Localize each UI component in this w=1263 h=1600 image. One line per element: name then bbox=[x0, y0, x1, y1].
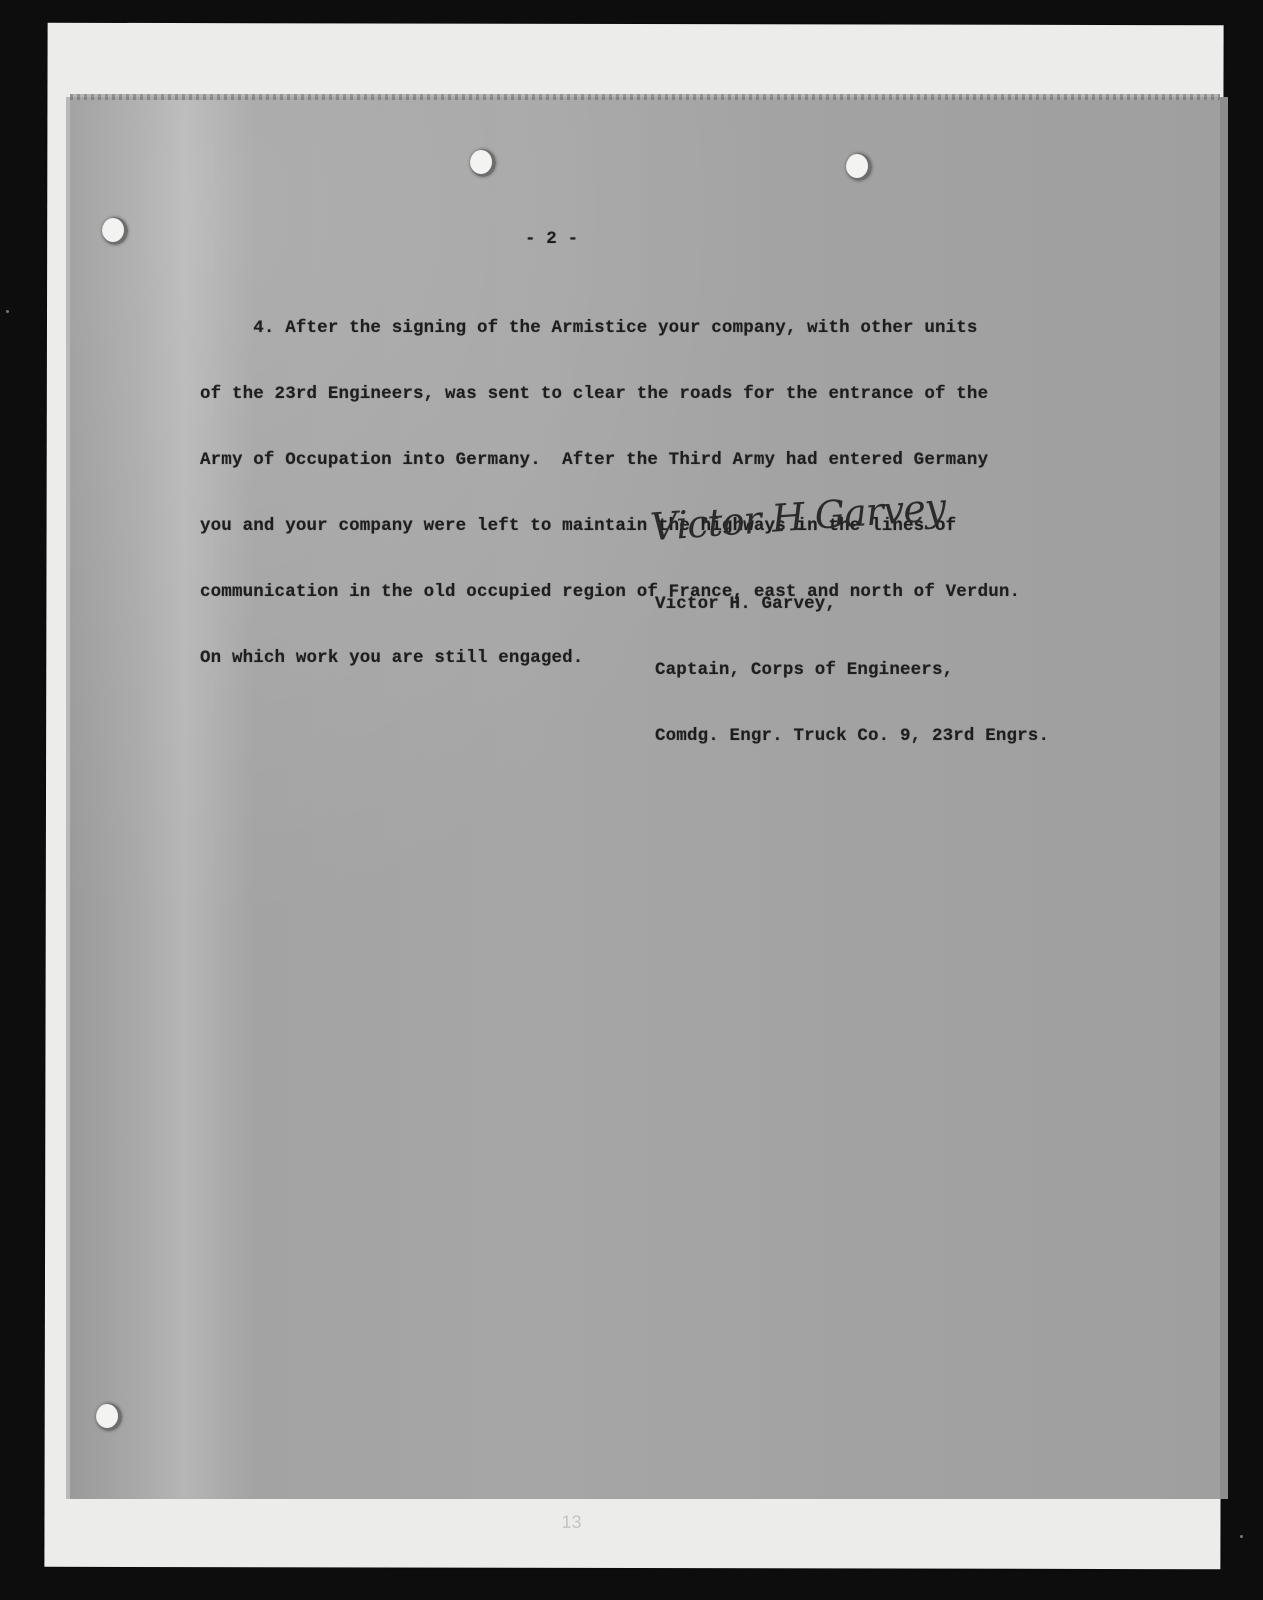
torn-top-edge bbox=[70, 94, 1220, 100]
punch-hole-icon bbox=[96, 1403, 122, 1431]
pencil-page-mark: 13 bbox=[561, 1512, 581, 1533]
scan-speck bbox=[6, 310, 9, 313]
paragraph-line: Army of Occupation into Germany. After t… bbox=[200, 449, 1020, 471]
punch-hole-icon bbox=[102, 217, 128, 245]
signer-command: Comdg. Engr. Truck Co. 9, 23rd Engrs. bbox=[655, 725, 1049, 747]
signer-name: Victor H. Garvey, bbox=[655, 593, 1049, 615]
punch-hole-icon bbox=[846, 153, 872, 181]
signature-block: Victor H. Garvey, Captain, Corps of Engi… bbox=[655, 549, 1049, 769]
punch-hole-icon bbox=[470, 149, 496, 177]
paragraph-line: of the 23rd Engineers, was sent to clear… bbox=[200, 383, 1020, 405]
signer-rank: Captain, Corps of Engineers, bbox=[655, 659, 1049, 681]
paragraph-line: 4. After the signing of the Armistice yo… bbox=[200, 317, 1020, 339]
page-number: - 2 - bbox=[525, 228, 578, 250]
scan-speck bbox=[1240, 1535, 1243, 1538]
